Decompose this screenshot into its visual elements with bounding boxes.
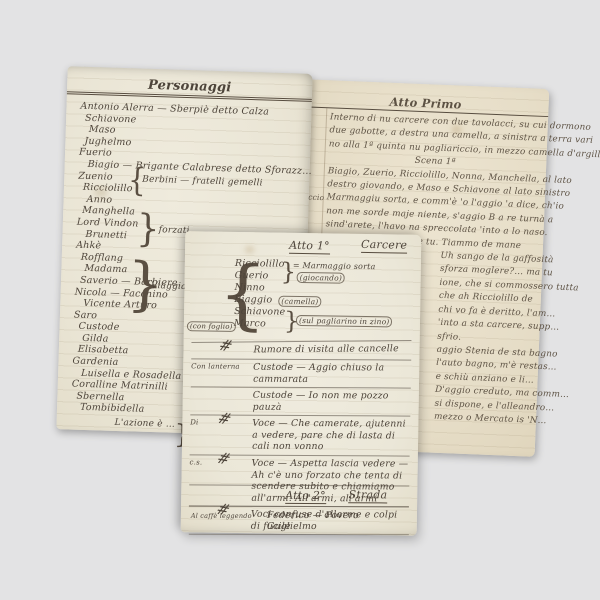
footer-line: Federico — Povero Guglielmo — [267, 510, 359, 532]
footer-margin-note: Al caffè leggendo — [191, 513, 265, 520]
cue-text: Voce — Che camerate, ajutenni a vedere, … — [252, 418, 410, 453]
cue-margin-note: Di — [190, 419, 250, 427]
cue-text: Rumore di visita alle cancelle — [253, 343, 411, 356]
scene-cast-name: Schiavone — [234, 306, 285, 319]
scene-cast-name: Ricciolillo — [235, 258, 286, 271]
manuscript-page-middle: Atto 1° Carcere { RicciolilloGuerioNinno… — [181, 231, 422, 536]
act-title: Atto 1° — [289, 239, 330, 255]
cue-margin-note: Con lanterna — [191, 363, 251, 371]
dialogue-text: che ah Ricciolillo de — [439, 291, 533, 305]
cue-row: # Rumore di visita alle cancelle — [191, 340, 411, 360]
scene-cast-name: Ninno — [234, 282, 285, 295]
cast-note-schiavone: (sul pagliarino in zino) — [296, 315, 393, 328]
cast-note-biaggio: (camella) — [278, 296, 321, 308]
cast-note-main: = Marmaggio sorta — [293, 261, 376, 271]
scene-cast-name: Guerio — [235, 270, 286, 283]
dialogue-text: e schiù anziano e li… — [435, 371, 534, 385]
cue-margin-note: c.s. — [190, 459, 250, 467]
left-page-title: Personaggi — [67, 75, 312, 102]
act2-block: Atto 2° Strada Al caffè leggendo Federic… — [181, 483, 418, 537]
scene-cast-list: RicciolilloGuerioNinnoBiaggioSchiavoneMa… — [234, 258, 286, 331]
dialogue-text: sfrio. — [437, 331, 461, 342]
photo-background: Atto Primo Interno di nu carcere con due… — [0, 0, 600, 600]
act2-title: Atto 2° — [285, 489, 326, 504]
act-location: Carcere — [361, 238, 407, 254]
cue-text: Custode — Aggio chiuso la cammarata — [253, 362, 411, 386]
margin-note: (con foglio) — [187, 321, 236, 332]
cue-row: Con lanterna Custode — Aggio chiuso la c… — [191, 358, 411, 387]
act2-location: Strada — [349, 488, 388, 503]
scene-cast-name: Marco — [234, 318, 285, 331]
dialogue-text: mezzo o Mercato is 'N… — [434, 412, 547, 427]
cue-text: Custode — Io non me pozzo pauzà — [253, 390, 411, 414]
hash-mark: # — [216, 336, 237, 356]
cast-note-sub: (giocando) — [297, 272, 346, 284]
